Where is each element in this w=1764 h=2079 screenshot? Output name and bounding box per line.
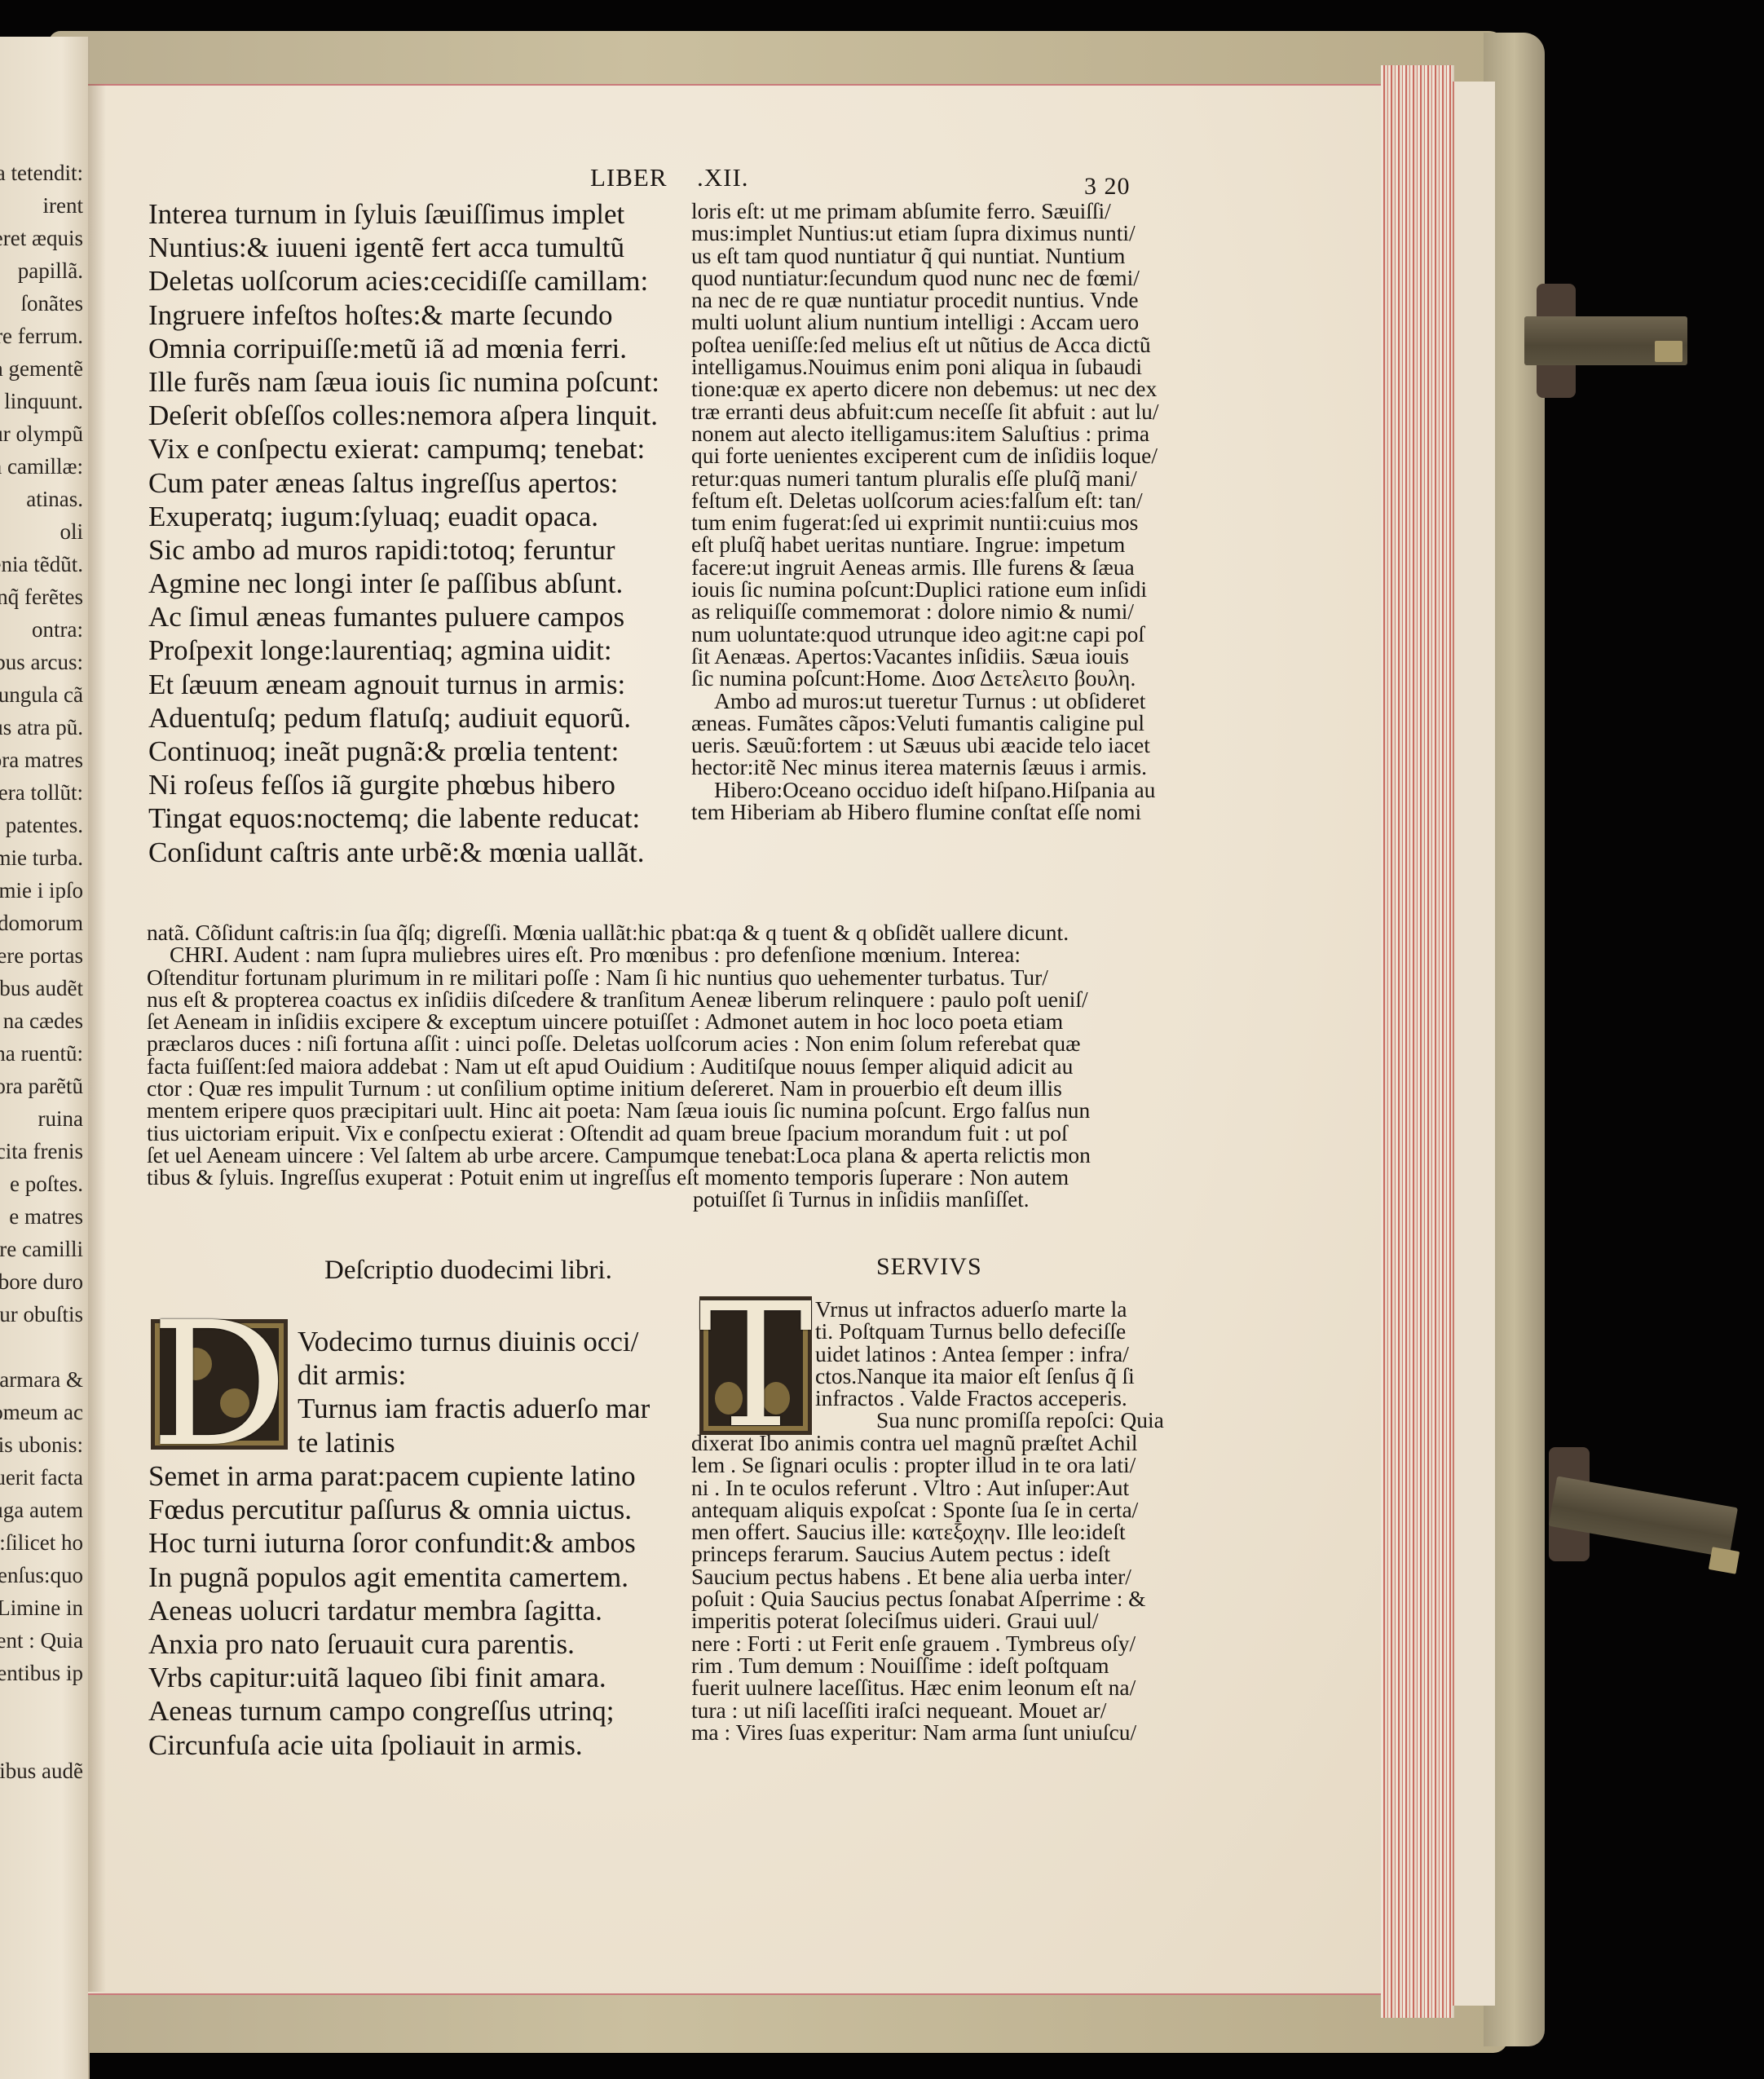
commentary-full-width: natã. Cõſidunt caſtris:in ſua q̃ſq; digr… <box>147 921 1231 1189</box>
verse-line: Interea turnum in ſyluis ſæuiſſimus impl… <box>148 197 659 231</box>
servius-line: antequam aliquis expoſcat : Sponte ſua ſ… <box>691 1499 1229 1521</box>
left-page-text-fragment: eret æquis <box>0 224 83 252</box>
left-page-text-fragment: Audent : Quia <box>0 1627 83 1654</box>
verse-line: Aduentuſq; pedum flatuſq; audiuit equorũ… <box>148 701 659 735</box>
left-page-text-fragment: pore ferrum. <box>0 322 83 350</box>
decorated-initial-d: D <box>151 1319 288 1450</box>
clasp-tip-bottom <box>1709 1547 1740 1574</box>
left-page-text-fragment: enia tẽdũt. <box>0 550 83 578</box>
verse-line: Cum pater æneas ſaltus ingreſſus apertos… <box>148 466 659 500</box>
commentary-column-right: loris eſt: ut me primam abſumite ferro. … <box>691 200 1229 823</box>
servius-line: imperitis poterat ſolecіſmus uideri. Gra… <box>691 1609 1229 1631</box>
servius-line: dixerat Ibo animis contra uel magnũ præſ… <box>691 1432 1229 1454</box>
commentary-line: num uoluntate:quod utrunque ideo agit:ne… <box>691 623 1229 645</box>
commentary-line: tius uictoriam eripuit. Vix e conſpectu … <box>147 1122 1231 1144</box>
commentary-line: mus:implet Nuntius:ut etiam ſupra diximu… <box>691 222 1229 244</box>
left-page-text-fragment: na ruentũ: <box>0 1039 83 1067</box>
verse-line: Ille furẽs nam ſæua iouis ſic numina poſ… <box>148 365 659 399</box>
commentary-line: poſtea ueniſſe:ſed melius eſt ut nũtius … <box>691 333 1229 355</box>
servius-lines: dixerat Ibo animis contra uel magnũ præſ… <box>691 1432 1229 1743</box>
left-page-text-fragment: e poſtes. <box>10 1170 83 1198</box>
left-page-text-fragment: Aduerſi:ſilicet ho <box>0 1529 83 1556</box>
commentary-line: facta fuiſſent:ſed maiora addebat : Nam … <box>147 1055 1231 1077</box>
servius-line: lem . Se ſignari oculis : propter illud … <box>691 1454 1229 1476</box>
servius-line: poſuit : Quia Saucius pectus ſonabat Aſp… <box>691 1587 1229 1609</box>
left-page-text-fragment: udere portas <box>0 942 83 969</box>
commentary-line: nonem aut alecto itelligamus:item Saluſt… <box>691 422 1229 444</box>
left-page-text-fragment: nibus arcus: <box>0 648 83 676</box>
left-page-text-fragment: ala camillæ: <box>0 452 83 480</box>
description-line: Aeneas turnum campo congreſſus utrinq; <box>148 1694 636 1728</box>
left-facing-page: nſa tetendit:irenteret æquispapillã.ſonã… <box>0 37 90 2079</box>
left-page-text-fragment: ſydera tollũt: <box>0 779 83 806</box>
commentary-line: ctor : Quæ res impulit Turnum : ut conſi… <box>147 1077 1231 1099</box>
description-line: In pugnã populos agit ementita camertem. <box>148 1560 636 1594</box>
left-page-text-fragment: rna:Comeum ac <box>0 1398 83 1426</box>
verse-line: Conſidunt caſtris ante urbẽ:& mœnia uall… <box>148 836 659 869</box>
servius-line: fuerit uulnere laceſſitus. Hæc enim leon… <box>691 1676 1229 1698</box>
servius-line: princeps ferarum. Saucius Autem pectus :… <box>691 1543 1229 1565</box>
commentary-line: mentem eripere quos præcipitari uult. Hi… <box>147 1099 1231 1121</box>
verse-line: Proſpexit longe:laurentiaq; agmina uidit… <box>148 633 659 667</box>
left-page-text-fragment: irent <box>43 192 83 219</box>
servius-line: Vrnus ut infractos aduerſo marte la <box>815 1298 1231 1320</box>
servius-line: nere : Forti : ut Ferit enſe grauem . Ty… <box>691 1632 1229 1654</box>
verse-line: Nuntius:& iuueni igentẽ fert acca tumult… <box>148 231 659 264</box>
servius-line: ctos.Nanque ita maior eſt ſenſus q̃ ſi <box>815 1365 1231 1387</box>
verse-line: Sic ambo ad muros rapidi:totoq; feruntur <box>148 533 659 567</box>
servius-line: tura : ut niſi laceſſiti iraſci nequeant… <box>691 1699 1229 1721</box>
commentary-line: hector:itẽ Nec minus iterea maternis ſæu… <box>691 756 1229 778</box>
verse-line: Tingat equos:noctemq; die labente reduca… <box>148 801 659 835</box>
gutter-shadow <box>88 84 106 1992</box>
initial-letter-d: D <box>155 1323 284 1446</box>
left-page-text-fragment: : idest denſus:quo <box>0 1561 83 1589</box>
verse-line: Ac ſimul æneas fumantes puluere campos <box>148 600 659 633</box>
description-line: dit armis: <box>298 1358 650 1392</box>
servius-initial-lines: Vrnus ut infractos aduerſo marte la ti. … <box>815 1298 1231 1432</box>
verse-block-aeneid: Interea turnum in ſyluis ſæuiſſimus impl… <box>148 197 659 869</box>
commentary-line: feſtum eſt. Deletas uolſcorum acies:falſ… <box>691 489 1229 511</box>
description-line: Hoc turni iuturna ſoror confundit:& ambo… <box>148 1526 636 1560</box>
commentary-line: as reliquiſſe commemorat : dolore nimio … <box>691 600 1229 622</box>
commentary-line: tione:quæ ex aperto dicere non debemus: … <box>691 377 1229 399</box>
left-page-text-fragment: q̃ ora parẽtũ <box>0 1072 83 1100</box>
initial-letter-t: T <box>703 1300 808 1431</box>
running-head-liber: LIBER <box>590 163 668 192</box>
verse-line: Exuperatq; iugum:ſyluaq; euadit opaca. <box>148 500 659 533</box>
verse-line: Deſerit obſeſſos colles:nemora aſpera li… <box>148 399 659 432</box>
fore-edge-margin <box>1453 82 1495 2006</box>
description-line: Vrbs capitur:uitã laqueo ſibi finit amar… <box>148 1661 636 1694</box>
left-page-text-fragment: erbionis ubonis: <box>0 1431 83 1459</box>
commentary-line: CHRI. Audent : nam ſupra muliebres uires… <box>147 943 1231 965</box>
verse-line: Continuoq; ineãt pugnã:& prœlia tentent: <box>148 735 659 768</box>
left-page-text-fragment: quanta fuerit facta <box>0 1463 83 1491</box>
commentary-line: facere:ut ingruit Aeneas armis. Ille fur… <box>691 556 1229 578</box>
description-line: Circunfuſa acie uita ſpoliauit in armis. <box>148 1728 636 1762</box>
left-page-text-fragment: agmie turba. <box>0 844 83 872</box>
description-line: Fœdus percutitur paſſurus & omnia uictus… <box>148 1493 636 1526</box>
commentary-line: eſt pluſq̃ habet ueritas nuntiare. Ingru… <box>691 533 1229 555</box>
commentary-line: ſic numina poſcunt:Home. Διοσ Δετελειτο … <box>691 667 1229 689</box>
servius-heading: SERVIVS <box>876 1253 982 1281</box>
left-page-text-fragment: robore duro <box>0 1268 83 1296</box>
servius-line: men offert. Saucius ille: κατεξοχην. Ill… <box>691 1521 1229 1543</box>
red-sprinkled-fore-edge <box>1381 65 1454 2018</box>
left-page-text-fragment: e patentes. <box>0 811 83 839</box>
description-line: Aeneas uolucri tardatur membra ſagitta. <box>148 1594 636 1627</box>
left-page-text-fragment: uerſos. Limine in <box>0 1594 83 1622</box>
commentary-line: ſet uel Aeneam uincere : Vel ſaltem ab u… <box>147 1144 1231 1166</box>
commentary-line: træ erranti deus abfuit:cum neceſſe ſit … <box>691 400 1229 422</box>
decorated-initial-t: T <box>699 1296 812 1435</box>
left-page-text-fragment: tungula cã <box>0 681 83 708</box>
left-page-text-fragment: tur olympũ <box>0 420 83 448</box>
commentary-line: ſit Aenæas. Apertos:Vacantes inſidiis. S… <box>691 645 1229 667</box>
description-line: Anxia pro nato ſeruauit cura parentis. <box>148 1627 636 1661</box>
servius-line: ma : Vires ſuas experitur: Nam arma ſunt… <box>691 1721 1229 1743</box>
servius-line: ni . In te oculos referunt . Vltro : Aut… <box>691 1476 1229 1499</box>
left-page-text-fragment: ator. Fuga autem <box>0 1496 83 1524</box>
left-page-text-fragment: nitãtur obuſtis <box>0 1300 83 1328</box>
left-page-text-fragment: na cædes <box>3 1007 83 1035</box>
left-page-text-fragment: d limie i ipſo <box>0 876 83 904</box>
servius-line: Saucium pectus habens . Et bene alia uer… <box>691 1565 1229 1587</box>
description-line: Vodecimo turnus diuinis occi/ <box>298 1325 650 1358</box>
commentary-line: Oſtenditur fortunam plurimum in re milit… <box>147 966 1231 988</box>
commentary-line: Hibero:Oceano occiduo ideſt hiſpano.Hiſp… <box>691 779 1229 801</box>
commentary-line: retur:quas numeri tantum pluralis eſſe p… <box>691 467 1229 489</box>
left-page-text-fragment: ibus audẽt <box>0 974 83 1002</box>
commentary-line: tem Hiberiam ab Hibero flumine conſtat e… <box>691 801 1229 823</box>
description-line: Semet in arma parat:pacem cupiente latin… <box>148 1459 636 1493</box>
commentary-line: na nec de re quæ nuntiatur procedit nunt… <box>691 289 1229 311</box>
left-page-text-fragment: nſa tetendit: <box>0 159 83 187</box>
commentary-line: Ambo ad muros:ut tueretur Turnus : ut ob… <box>691 690 1229 712</box>
commentary-line: iouis ſic numina poſcunt:Duplici ratione… <box>691 578 1229 600</box>
verse-line: Et ſæuum æneam agnouit turnus in armis: <box>148 668 659 701</box>
left-page-text-fragment: ruina <box>38 1105 83 1132</box>
left-page-text-fragment: uidere camilli <box>0 1235 83 1263</box>
description-heading: Deſcriptio duodecimi libri. <box>324 1256 612 1286</box>
commentary-line: natã. Cõſidunt caſtris:in ſua q̃ſq; digr… <box>147 921 1231 943</box>
left-page-text-fragment: na gementẽ <box>0 355 83 382</box>
left-page-text-fragment: Oratio armara & <box>0 1366 83 1393</box>
left-page-text-fragment: ta domorum <box>0 909 83 937</box>
servius-line: ti. Poſtquam Turnus bello defeciſſe <box>815 1320 1231 1342</box>
commentary-line: præclaros duces : niſi fortuna aſſit : u… <box>147 1032 1231 1054</box>
description-verse-lines: Semet in arma parat:pacem cupiente latin… <box>148 1459 636 1762</box>
commentary-line: æneas. Fumãtes cãpos:Veluti fumantis cal… <box>691 712 1229 734</box>
description-line: te latinis <box>298 1426 650 1459</box>
commentary-line: quod nuntiatur:ſecundum quod nunc nec de… <box>691 267 1229 289</box>
commentary-line: qui forte uenientes exciperent cum de in… <box>691 444 1229 466</box>
servius-line: Sua nunc promiſſa repoſci: Quia <box>815 1409 1231 1431</box>
running-head-book-number: .XII. <box>697 163 749 192</box>
left-page-text-fragment: nq̃ ferẽtes <box>0 583 83 611</box>
description-initial-lines: Vodecimo turnus diuinis occi/ dit armis:… <box>298 1325 650 1459</box>
clasp-tip-top <box>1655 341 1682 362</box>
folio-number: 3 20 <box>1084 173 1131 201</box>
left-page-text-fragment: r parentibus ip <box>0 1659 83 1687</box>
servius-line: rim . Tum demum : Nouiſſime : ideſt poſt… <box>691 1654 1229 1676</box>
commentary-tail: potuiſſet ſi Turnus in inſidiis manſiſſe… <box>693 1189 1231 1211</box>
commentary-line: multi uolunt alium nuntium intelligi : A… <box>691 311 1229 333</box>
left-page-text-fragment: papillã. <box>18 257 83 285</box>
verse-line: Agmine nec longi inter ſe paſſibus abſun… <box>148 567 659 600</box>
left-page-text-fragment: e matres <box>9 1203 83 1230</box>
verse-line: Vix e conſpectu exierat: campumq; teneba… <box>148 432 659 466</box>
verse-line: Ni roſeus feſſos iã gurgite phœbus hiber… <box>148 768 659 801</box>
commentary-line: tibus & ſyluis. Ingreſſus exuperat : Pot… <box>147 1166 1231 1188</box>
left-page-text-fragment: oncita frenis <box>0 1137 83 1165</box>
commentary-line: nus eſt & propterea coactus ex inſidiis … <box>147 988 1231 1010</box>
verse-line: Deletas uolſcorum acies:cecidiſſe camill… <box>148 264 659 298</box>
left-page-text-fragment: idus atra pũ. <box>0 713 83 741</box>
servius-line: infractos . Valde Fractos acceperis. <box>815 1387 1231 1409</box>
verse-line: Omnia corripuiſſe:metũ iã ad mœnia ferri… <box>148 332 659 365</box>
left-page-text-fragment: ontra: <box>32 616 83 643</box>
left-page-text-fragment: ectora matres <box>0 746 83 774</box>
commentary-line: tum enim fugerat:ſed ui exprimit nuntii:… <box>691 511 1229 533</box>
commentary-line: loris eſt: ut me primam abſumite ferro. … <box>691 200 1229 222</box>
left-page-text-fragment: oli <box>60 518 83 545</box>
left-page-text-fragment: nentibus audẽ <box>0 1757 83 1785</box>
left-page-text-fragment: ſonãtes <box>21 289 83 317</box>
verse-line: Ingruere infeſtos hoſtes:& marte ſecundo <box>148 298 659 332</box>
commentary-line: us eſt tam quod nuntiatur q̃ qui nuntiat… <box>691 245 1229 267</box>
left-page-text-fragment: atinas. <box>26 485 83 513</box>
left-page-text-fragment: ere linquunt. <box>0 387 83 415</box>
servius-line: uidet latinos : Antea ſemper : infra/ <box>815 1343 1231 1365</box>
description-line: Turnus iam fractis aduerſo mar <box>298 1392 650 1425</box>
commentary-line: ſet Aeneam in inſidiis excipere & except… <box>147 1010 1231 1032</box>
commentary-line: ueris. Sæuũ:fortem : ut Sæuus ubi æacide… <box>691 734 1229 756</box>
commentary-line: intelligamus.Nouimus enim poni aliqua in… <box>691 355 1229 377</box>
